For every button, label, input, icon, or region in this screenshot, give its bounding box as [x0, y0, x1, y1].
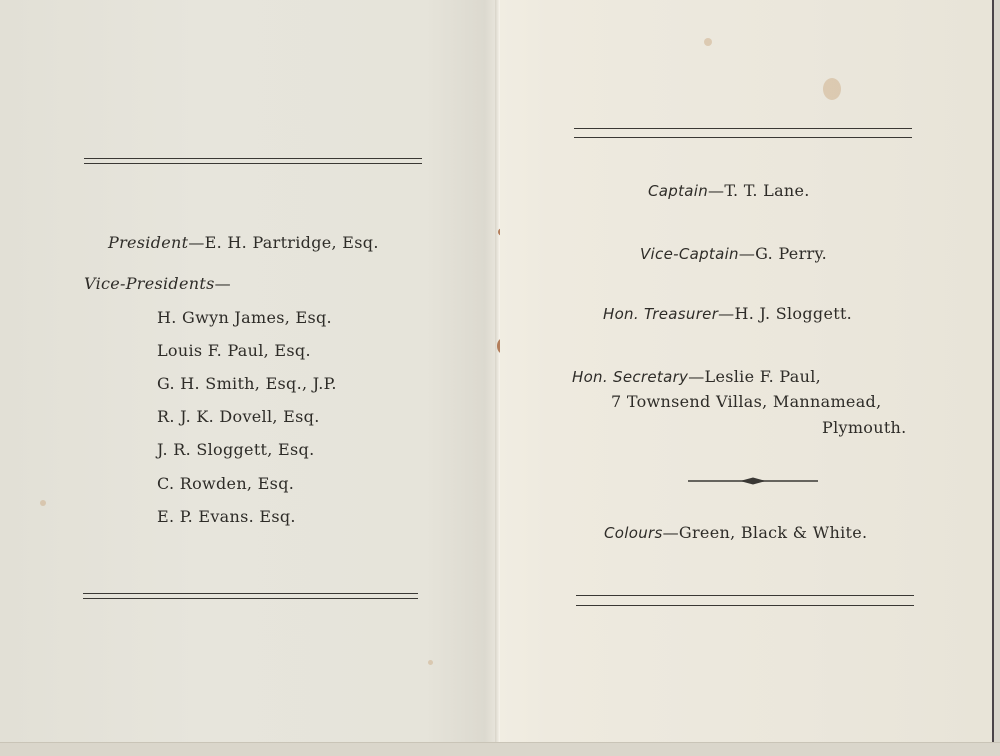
vice-captain-name: G. Perry. [755, 244, 827, 263]
vice-president-item: Louis F. Paul, Esq. [157, 341, 311, 360]
vice-president-item: J. R. Sloggett, Esq. [157, 440, 314, 459]
secretary-name: Leslie F. Paul, [705, 367, 821, 386]
vice-presidents-dash: — [215, 274, 231, 293]
captain-label: Captain [648, 182, 708, 200]
vice-president-item: E. P. Evans. Esq. [157, 507, 296, 526]
left-page: President—E. H. Partridge, Esq. Vice-Pre… [0, 0, 500, 750]
captain-dash: — [708, 181, 724, 200]
vice-captain-dash: — [739, 244, 755, 263]
secretary-dash: — [688, 367, 704, 386]
bottom-double-rule-left [83, 593, 418, 599]
vice-captain-label: Vice-Captain [640, 245, 739, 263]
treasurer-name: H. J. Sloggett. [734, 304, 852, 323]
president-dash: — [188, 233, 204, 252]
secretary-label: Hon. Secretary [572, 368, 688, 386]
vice-president-item: R. J. K. Dovell, Esq. [157, 407, 320, 426]
secretary-address-line2: Plymouth. [822, 418, 907, 437]
president-label: President [108, 233, 188, 252]
president-name: E. H. Partridge, Esq. [205, 233, 379, 252]
captain-name: T. T. Lane. [724, 181, 809, 200]
captain-line: Captain—T. T. Lane. [648, 181, 810, 200]
vice-presidents-heading: Vice-Presidents— [84, 274, 231, 293]
diamond-rule-ornament [688, 476, 818, 486]
top-double-rule-right [574, 128, 912, 138]
secretary-line: Hon. Secretary—Leslie F. Paul, [572, 367, 821, 386]
vice-president-item: H. Gwyn James, Esq. [157, 308, 332, 327]
treasurer-line: Hon. Treasurer—H. J. Sloggett. [603, 304, 852, 323]
colours-label: Colours [604, 524, 663, 542]
top-double-rule-left [84, 158, 422, 164]
colours-dash: — [663, 523, 679, 542]
president-line: President—E. H. Partridge, Esq. [108, 233, 379, 252]
vice-president-item: G. H. Smith, Esq., J.P. [157, 374, 337, 393]
colours-line: Colours—Green, Black & White. [604, 523, 867, 542]
colours-value: Green, Black & White. [679, 523, 867, 542]
page-bottom-edge [0, 742, 1000, 756]
treasurer-label: Hon. Treasurer [603, 305, 718, 323]
document-spread: President—E. H. Partridge, Esq. Vice-Pre… [0, 0, 1000, 756]
bottom-double-rule-right [576, 595, 914, 606]
vice-president-item: C. Rowden, Esq. [157, 474, 294, 493]
secretary-address-line1: 7 Townsend Villas, Mannamead, [611, 392, 881, 411]
treasurer-dash: — [718, 304, 734, 323]
vice-presidents-label: Vice-Presidents [84, 274, 215, 293]
vice-captain-line: Vice-Captain—G. Perry. [640, 244, 827, 263]
